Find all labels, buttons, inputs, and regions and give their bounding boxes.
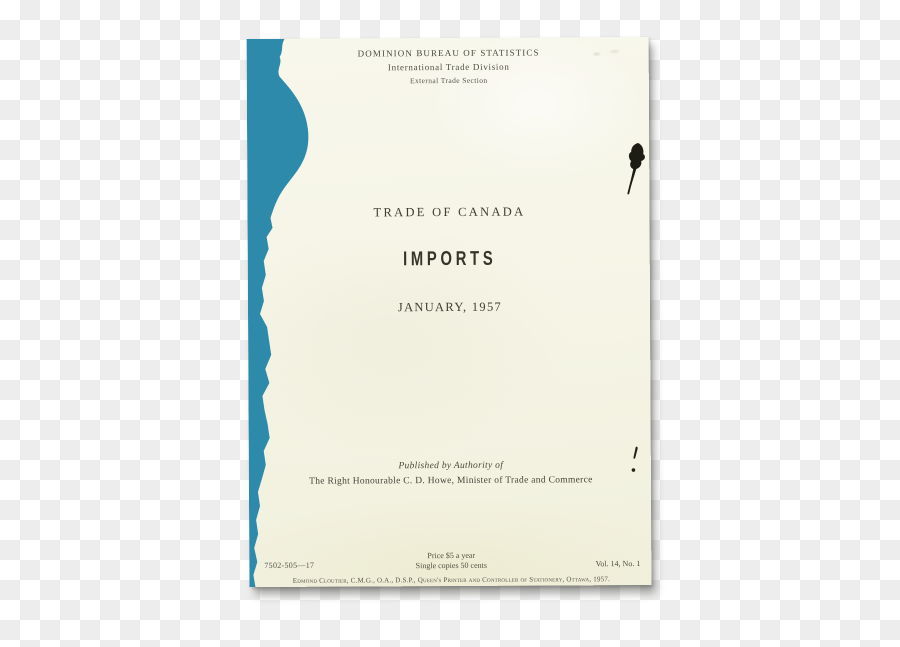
volume-number: Vol. 14, No. 1 — [596, 559, 641, 568]
main-title: IMPORTS — [302, 247, 598, 272]
price-single-copy: Single copies 50 cents — [251, 559, 651, 571]
agency-name: DOMINION BUREAU OF STATISTICS — [249, 47, 649, 59]
transparency-checkerboard: DOMINION BUREAU OF STATISTICS Internatio… — [0, 0, 900, 647]
series-title: TRADE OF CANADA — [249, 204, 649, 221]
document-cover-page: DOMINION BUREAU OF STATISTICS Internatio… — [249, 37, 652, 587]
authority-line: Published by Authority of — [251, 460, 651, 472]
issue-date: JANUARY, 1957 — [250, 299, 650, 316]
agency-section: External Trade Section — [249, 75, 649, 86]
price-block: Price $5 a year Single copies 50 cents — [251, 550, 651, 571]
ink-smudge-icon — [621, 140, 647, 204]
printer-imprint: Edmond Cloutier, C.M.G., O.A., D.S.P., Q… — [251, 575, 651, 585]
agency-division: International Trade Division — [249, 61, 649, 73]
minister-line: The Right Honourable C. D. Howe, Ministe… — [251, 475, 651, 487]
